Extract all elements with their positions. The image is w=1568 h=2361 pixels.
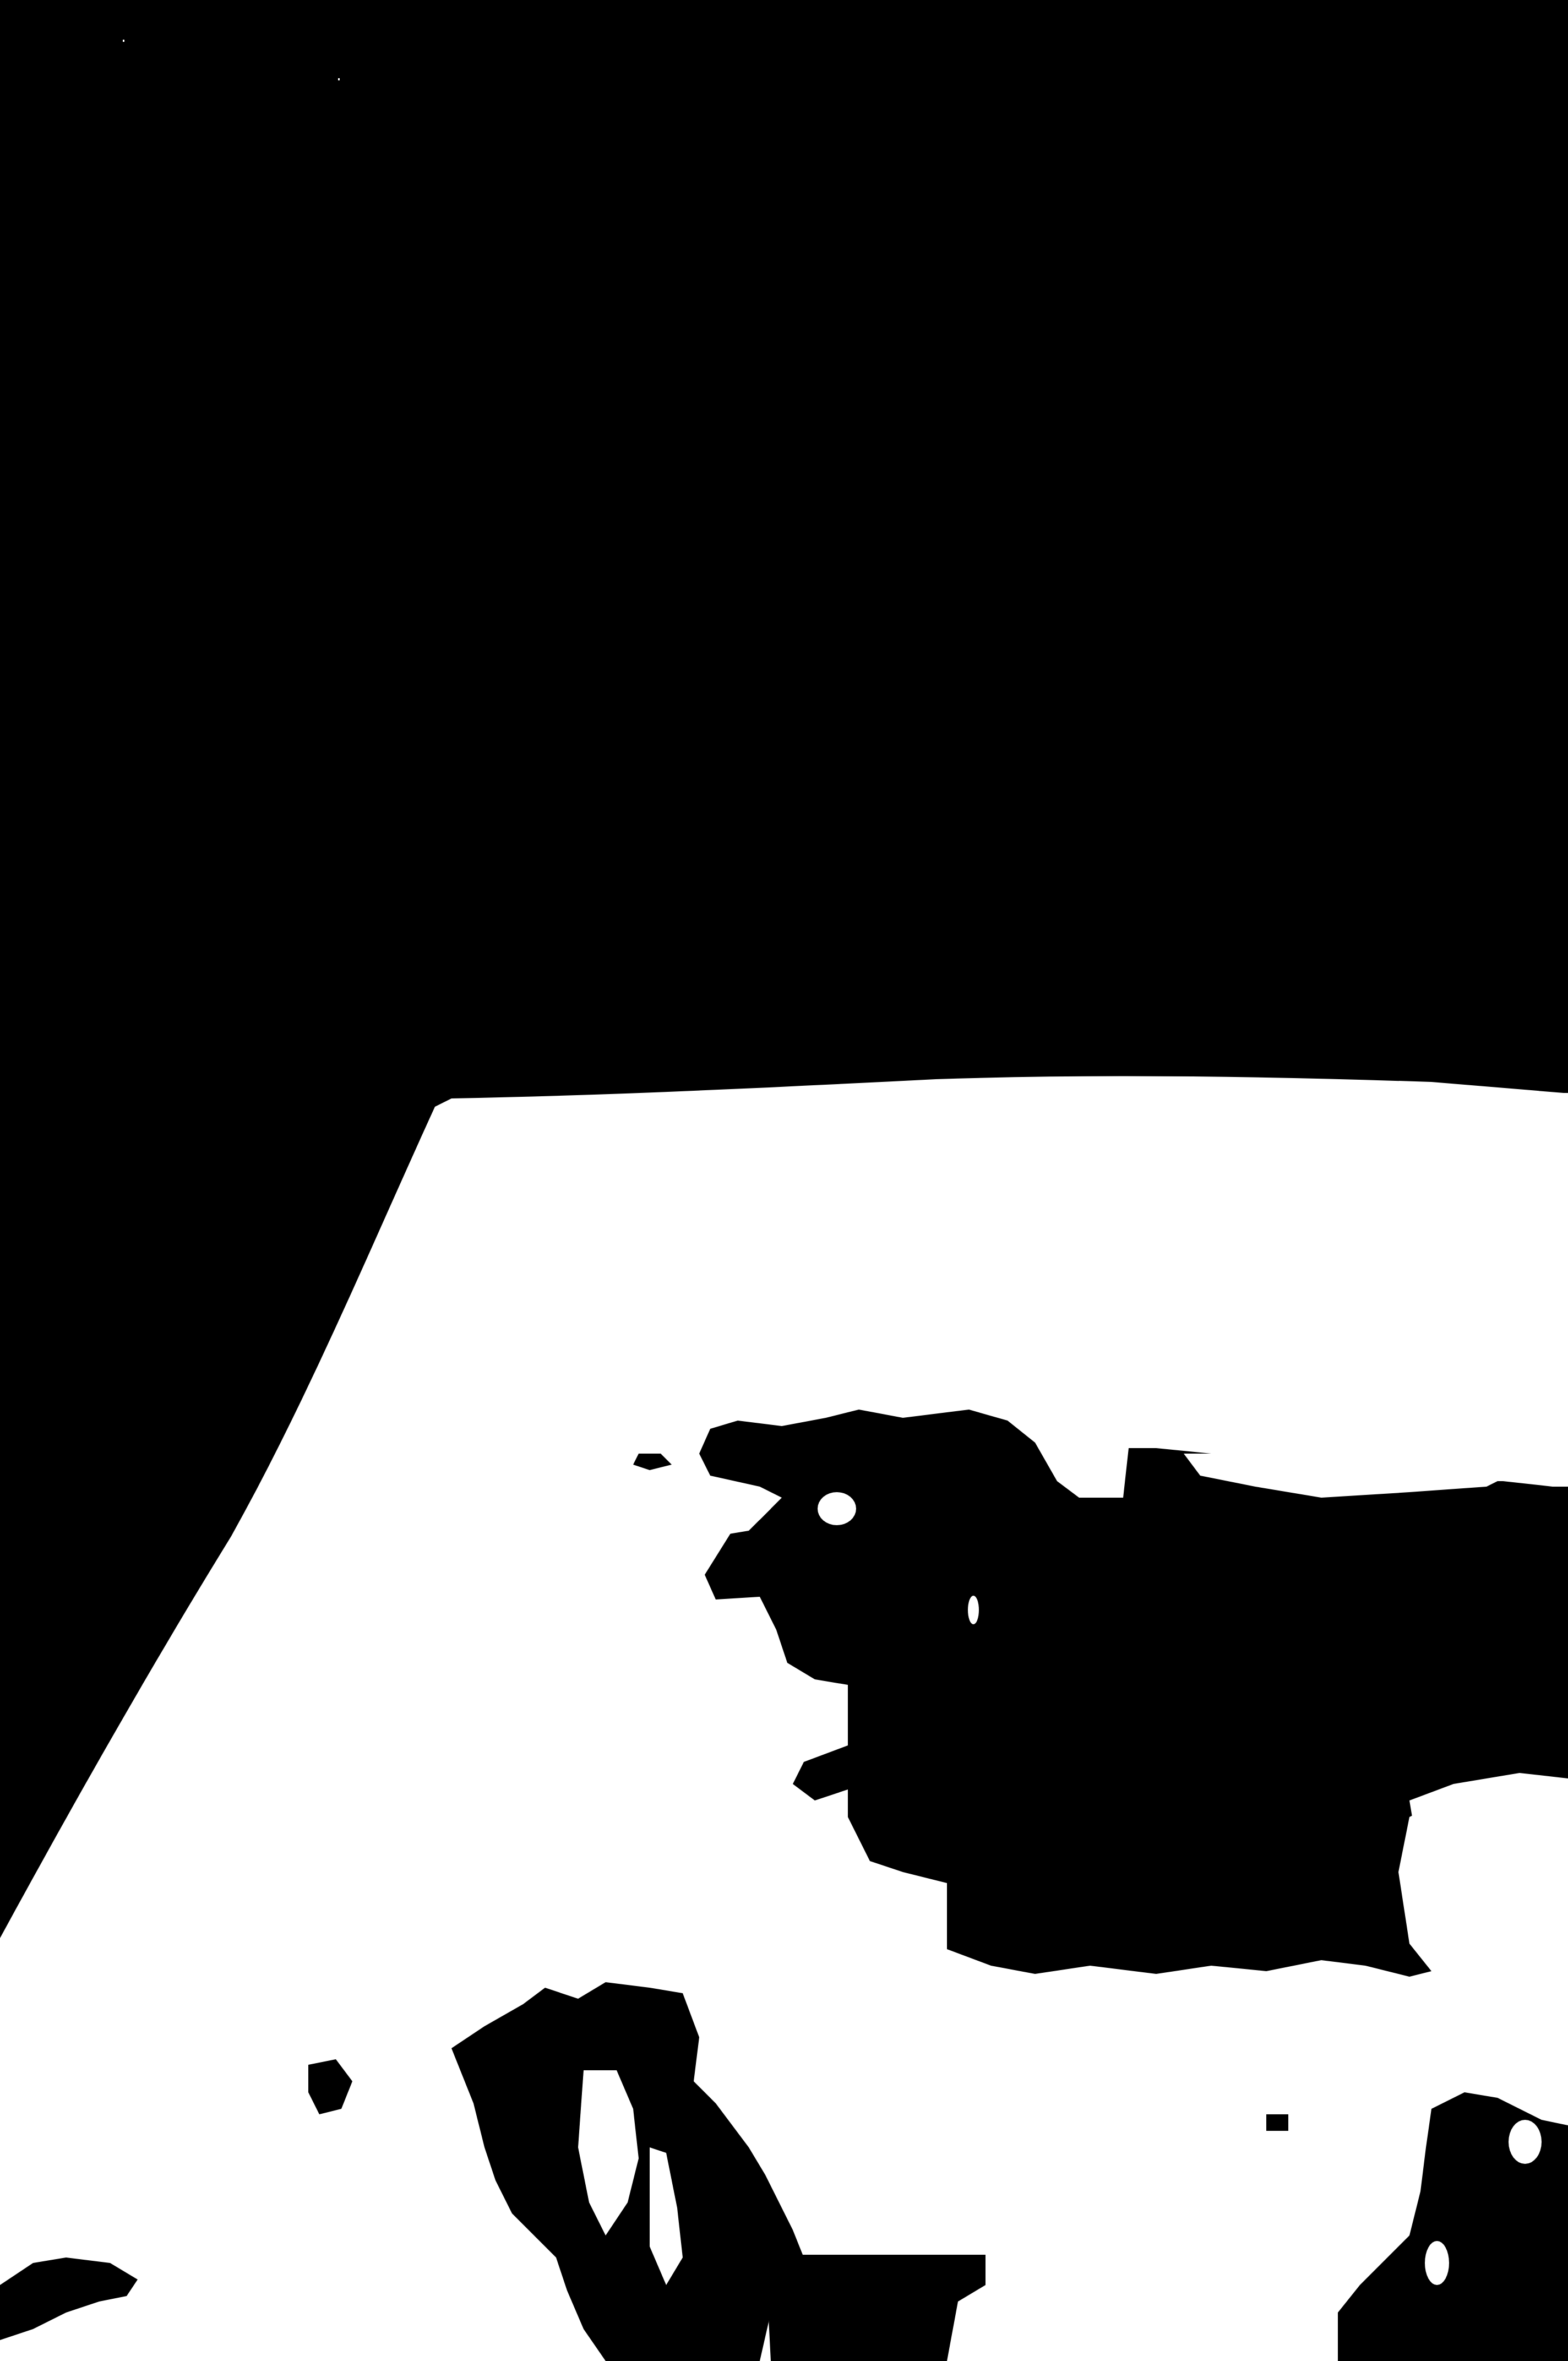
white-spot-bottom-right: [1509, 2120, 1542, 2164]
sky-speck-1: [123, 40, 124, 42]
thresholded-photo: [0, 0, 1568, 2361]
white-spot-mass: [968, 1596, 979, 1624]
white-patch-bay: [661, 1503, 694, 1520]
sky-speck-2: [338, 78, 340, 80]
white-spot-bottom-right-2: [1425, 2241, 1449, 2285]
white-spot-bay: [818, 1492, 856, 1525]
dark-block-bottom-right-center: [1266, 2114, 1288, 2131]
